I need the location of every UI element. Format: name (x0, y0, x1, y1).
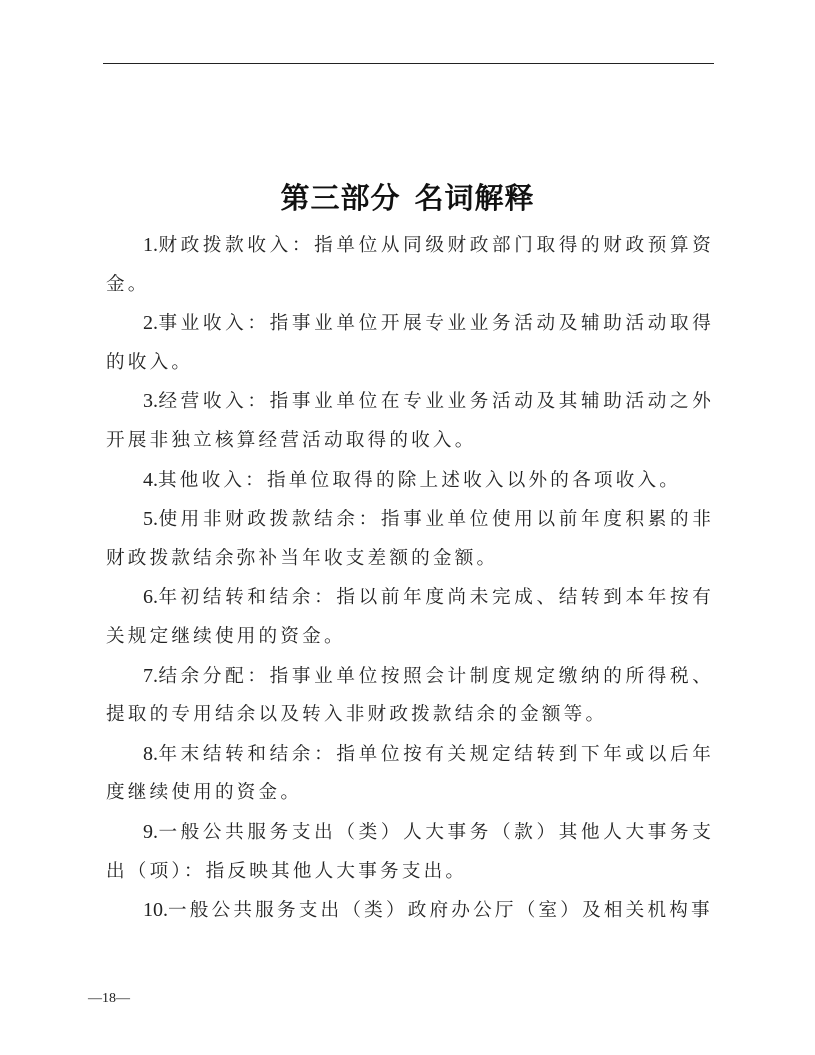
title-part: 第三部分 (280, 181, 400, 215)
definition-number: 9. (143, 821, 158, 843)
definition-text: 年初结转和结余：指以前年度尚未完成、结转到本年按有关规定继续使用的资金。 (106, 587, 714, 647)
page-title: 第三部分名词解释 (0, 178, 815, 218)
definition-number: 7. (143, 665, 158, 687)
definition-text: 经营收入：指事业单位在专业业务活动及其辅助活动之外开展非独立核算经营活动取得的收… (106, 391, 714, 451)
definition-item: 1.财政拨款收入：指单位从同级财政部门取得的财政预算资金。 (106, 226, 714, 304)
definition-item: 5.使用非财政拨款结余：指事业单位使用以前年度积累的非财政拨款结余弥补当年收支差… (106, 500, 714, 578)
definition-item: 4.其他收入：指单位取得的除上述收入以外的各项收入。 (106, 461, 714, 501)
definition-item: 9.一般公共服务支出（类）人大事务（款）其他人大事务支出（项）：指反映其他人大事… (106, 813, 714, 891)
definition-text: 一般公共服务支出（类）政府办公厅（室）及相关机构事 (168, 900, 713, 921)
definition-number: 8. (143, 743, 158, 765)
definition-item: 10.一般公共服务支出（类）政府办公厅（室）及相关机构事 (106, 891, 714, 931)
definition-text: 使用非财政拨款结余：指事业单位使用以前年度积累的非财政拨款结余弥补当年收支差额的… (106, 509, 714, 569)
definitions-list: 1.财政拨款收入：指单位从同级财政部门取得的财政预算资金。 2.事业收入：指事业… (106, 226, 714, 931)
definition-text: 事业收入：指事业单位开展专业业务活动及辅助活动取得的收入。 (106, 313, 714, 373)
definition-text: 其他收入：指单位取得的除上述收入以外的各项收入。 (158, 470, 681, 491)
header-rule (103, 63, 714, 64)
definition-number: 3. (143, 390, 158, 412)
definition-text: 结余分配：指事业单位按照会计制度规定缴纳的所得税、提取的专用结余以及转入非财政拨… (106, 666, 714, 726)
definition-text: 一般公共服务支出（类）人大事务（款）其他人大事务支出（项）：指反映其他人大事务支… (106, 822, 714, 882)
definition-number: 1. (143, 234, 158, 256)
definition-item: 2.事业收入：指事业单位开展专业业务活动及辅助活动取得的收入。 (106, 304, 714, 382)
definition-item: 6.年初结转和结余：指以前年度尚未完成、结转到本年按有关规定继续使用的资金。 (106, 578, 714, 656)
definition-number: 6. (143, 586, 158, 608)
definition-number: 4. (143, 469, 158, 491)
definition-item: 3.经营收入：指事业单位在专业业务活动及其辅助活动之外开展非独立核算经营活动取得… (106, 382, 714, 460)
definition-item: 7.结余分配：指事业单位按照会计制度规定缴纳的所得税、提取的专用结余以及转入非财… (106, 657, 714, 735)
title-name: 名词解释 (415, 181, 535, 215)
definition-text: 年末结转和结余：指单位按有关规定结转到下年或以后年度继续使用的资金。 (106, 744, 714, 804)
definition-number: 5. (143, 508, 158, 530)
definition-number: 10. (143, 899, 168, 921)
definition-text: 财政拨款收入：指单位从同级财政部门取得的财政预算资金。 (106, 235, 714, 295)
definition-number: 2. (143, 312, 158, 334)
page-number: —18— (88, 991, 130, 1007)
definition-item: 8.年末结转和结余：指单位按有关规定结转到下年或以后年度继续使用的资金。 (106, 735, 714, 813)
